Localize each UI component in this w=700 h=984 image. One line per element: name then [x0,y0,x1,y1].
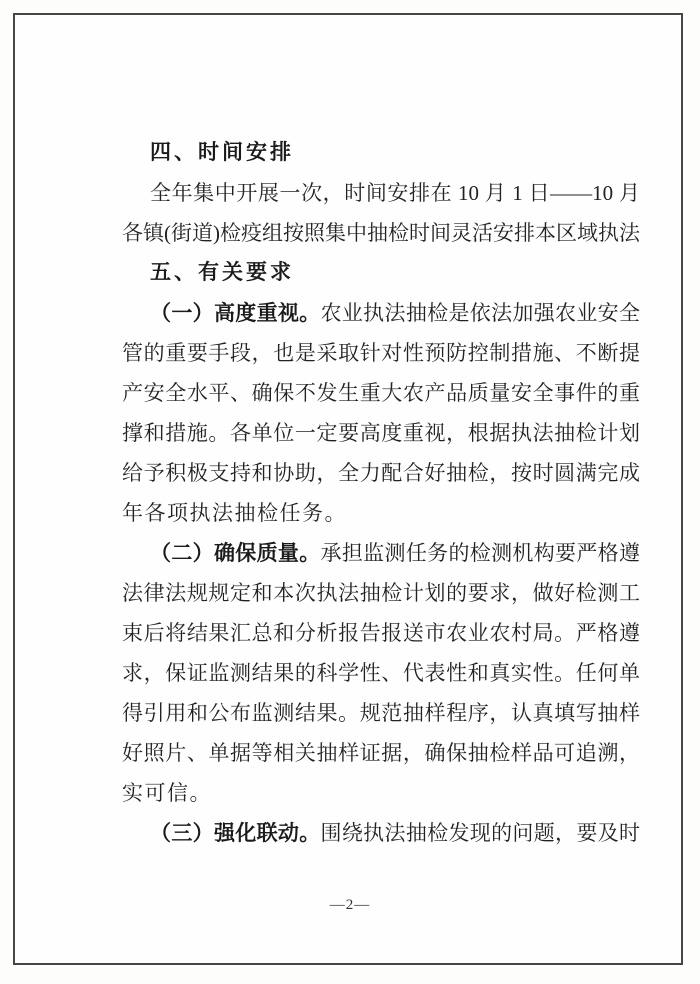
text-line-content: 产安全水平、确保不发生重大农产品质量安全事件的重要技术支 [122,381,640,413]
section-heading: 五、有关要求 [122,253,640,293]
section-heading-text: 五、有关要求 [150,261,294,284]
text-line: 好照片、单据等相关抽样证据，确保抽检样品可追溯，抽检结果真 [122,733,640,773]
text-line: 年各项执法抽检任务。 [122,493,640,533]
text-line: 撑和措施。各单位一定要高度重视，根据执法抽检计划的要求 [122,413,640,453]
text-line: 全年集中开展一次，时间安排在 10 月 1 日——10 月 30 日。 [122,173,640,213]
text-line-content: 求，保证监测结果的科学性、代表性和真实性。任何单位和个人不 [122,661,640,693]
text-line-content: 好照片、单据等相关抽样证据，确保抽检样品可追溯，抽检结果真 [122,741,640,773]
text-line: 法律法规规定和本次执法抽检计划的要求，做好检测工作，检测结 [122,573,640,613]
paragraph-lead: （一）高度重视。 [150,302,321,325]
paragraph-lead: （三）强化联动。 [150,822,321,845]
text-line: 得引用和公布监测结果。规范抽样程序，认真填写抽样记录，保存 [122,693,640,733]
text-line: 管的重要手段，也是采取针对性预防控制措施、不断提高农业生 [122,333,640,373]
text-line-content: 束后将结果汇总和分析报告报送市农业农村局。严格遵守有关要 [122,621,640,653]
text-line: 束后将结果汇总和分析报告报送市农业农村局。严格遵守有关要 [122,613,640,653]
text-line: 求，保证监测结果的科学性、代表性和真实性。任何单位和个人不 [122,653,640,693]
text-line: 给予积极支持和协助，全力配合好抽检，按时圆满完成 2025 [122,453,640,493]
text-line: （一）高度重视。农业执法抽检是依法加强农业安全生产监 [122,293,640,333]
paragraph-lead: （二）确保质量。 [150,542,321,565]
text-line-content: 法律法规规定和本次执法抽检计划的要求，做好检测工作，检测结 [122,581,640,613]
text-line-content: 管的重要手段，也是采取针对性预防控制措施、不断提高农业生 [122,341,640,373]
scanned-document-page: 四、时间安排 全年集中开展一次，时间安排在 10 月 1 日——10 月 30 … [0,0,700,984]
text-line: （三）强化联动。围绕执法抽检发现的问题，要及时进行分 [122,813,640,853]
text-line-content: 全年集中开展一次，时间安排在 10 月 1 日——10 月 30 日。 [122,181,640,213]
text-line-content: 撑和措施。各单位一定要高度重视，根据执法抽检计划的要求 [122,421,640,453]
text-line-content: 给予积极支持和协助，全力配合好抽检，按时圆满完成 2025 [122,461,640,493]
text-line: 实可信。 [122,773,640,813]
text-line: （二）确保质量。承担监测任务的检测机构要严格遵守相关 [122,533,640,573]
section-heading-text: 四、时间安排 [150,141,294,164]
text-line: 产安全水平、确保不发生重大农产品质量安全事件的重要技术支 [122,373,640,413]
page-number: —2— [0,897,700,914]
text-line-content: 各镇(街道)检疫组按照集中抽检时间灵活安排本区域执法抽检。 [122,221,640,253]
section-heading: 四、时间安排 [122,133,640,173]
text-line-content: 得引用和公布监测结果。规范抽样程序，认真填写抽样记录，保存 [122,701,640,733]
text-line-content: 年各项执法抽检任务。 [122,501,347,525]
text-line-content: 实可信。 [122,781,212,805]
text-line: 各镇(街道)检疫组按照集中抽检时间灵活安排本区域执法抽检。 [122,213,640,253]
document-body: 四、时间安排 全年集中开展一次，时间安排在 10 月 1 日——10 月 30 … [122,133,640,853]
